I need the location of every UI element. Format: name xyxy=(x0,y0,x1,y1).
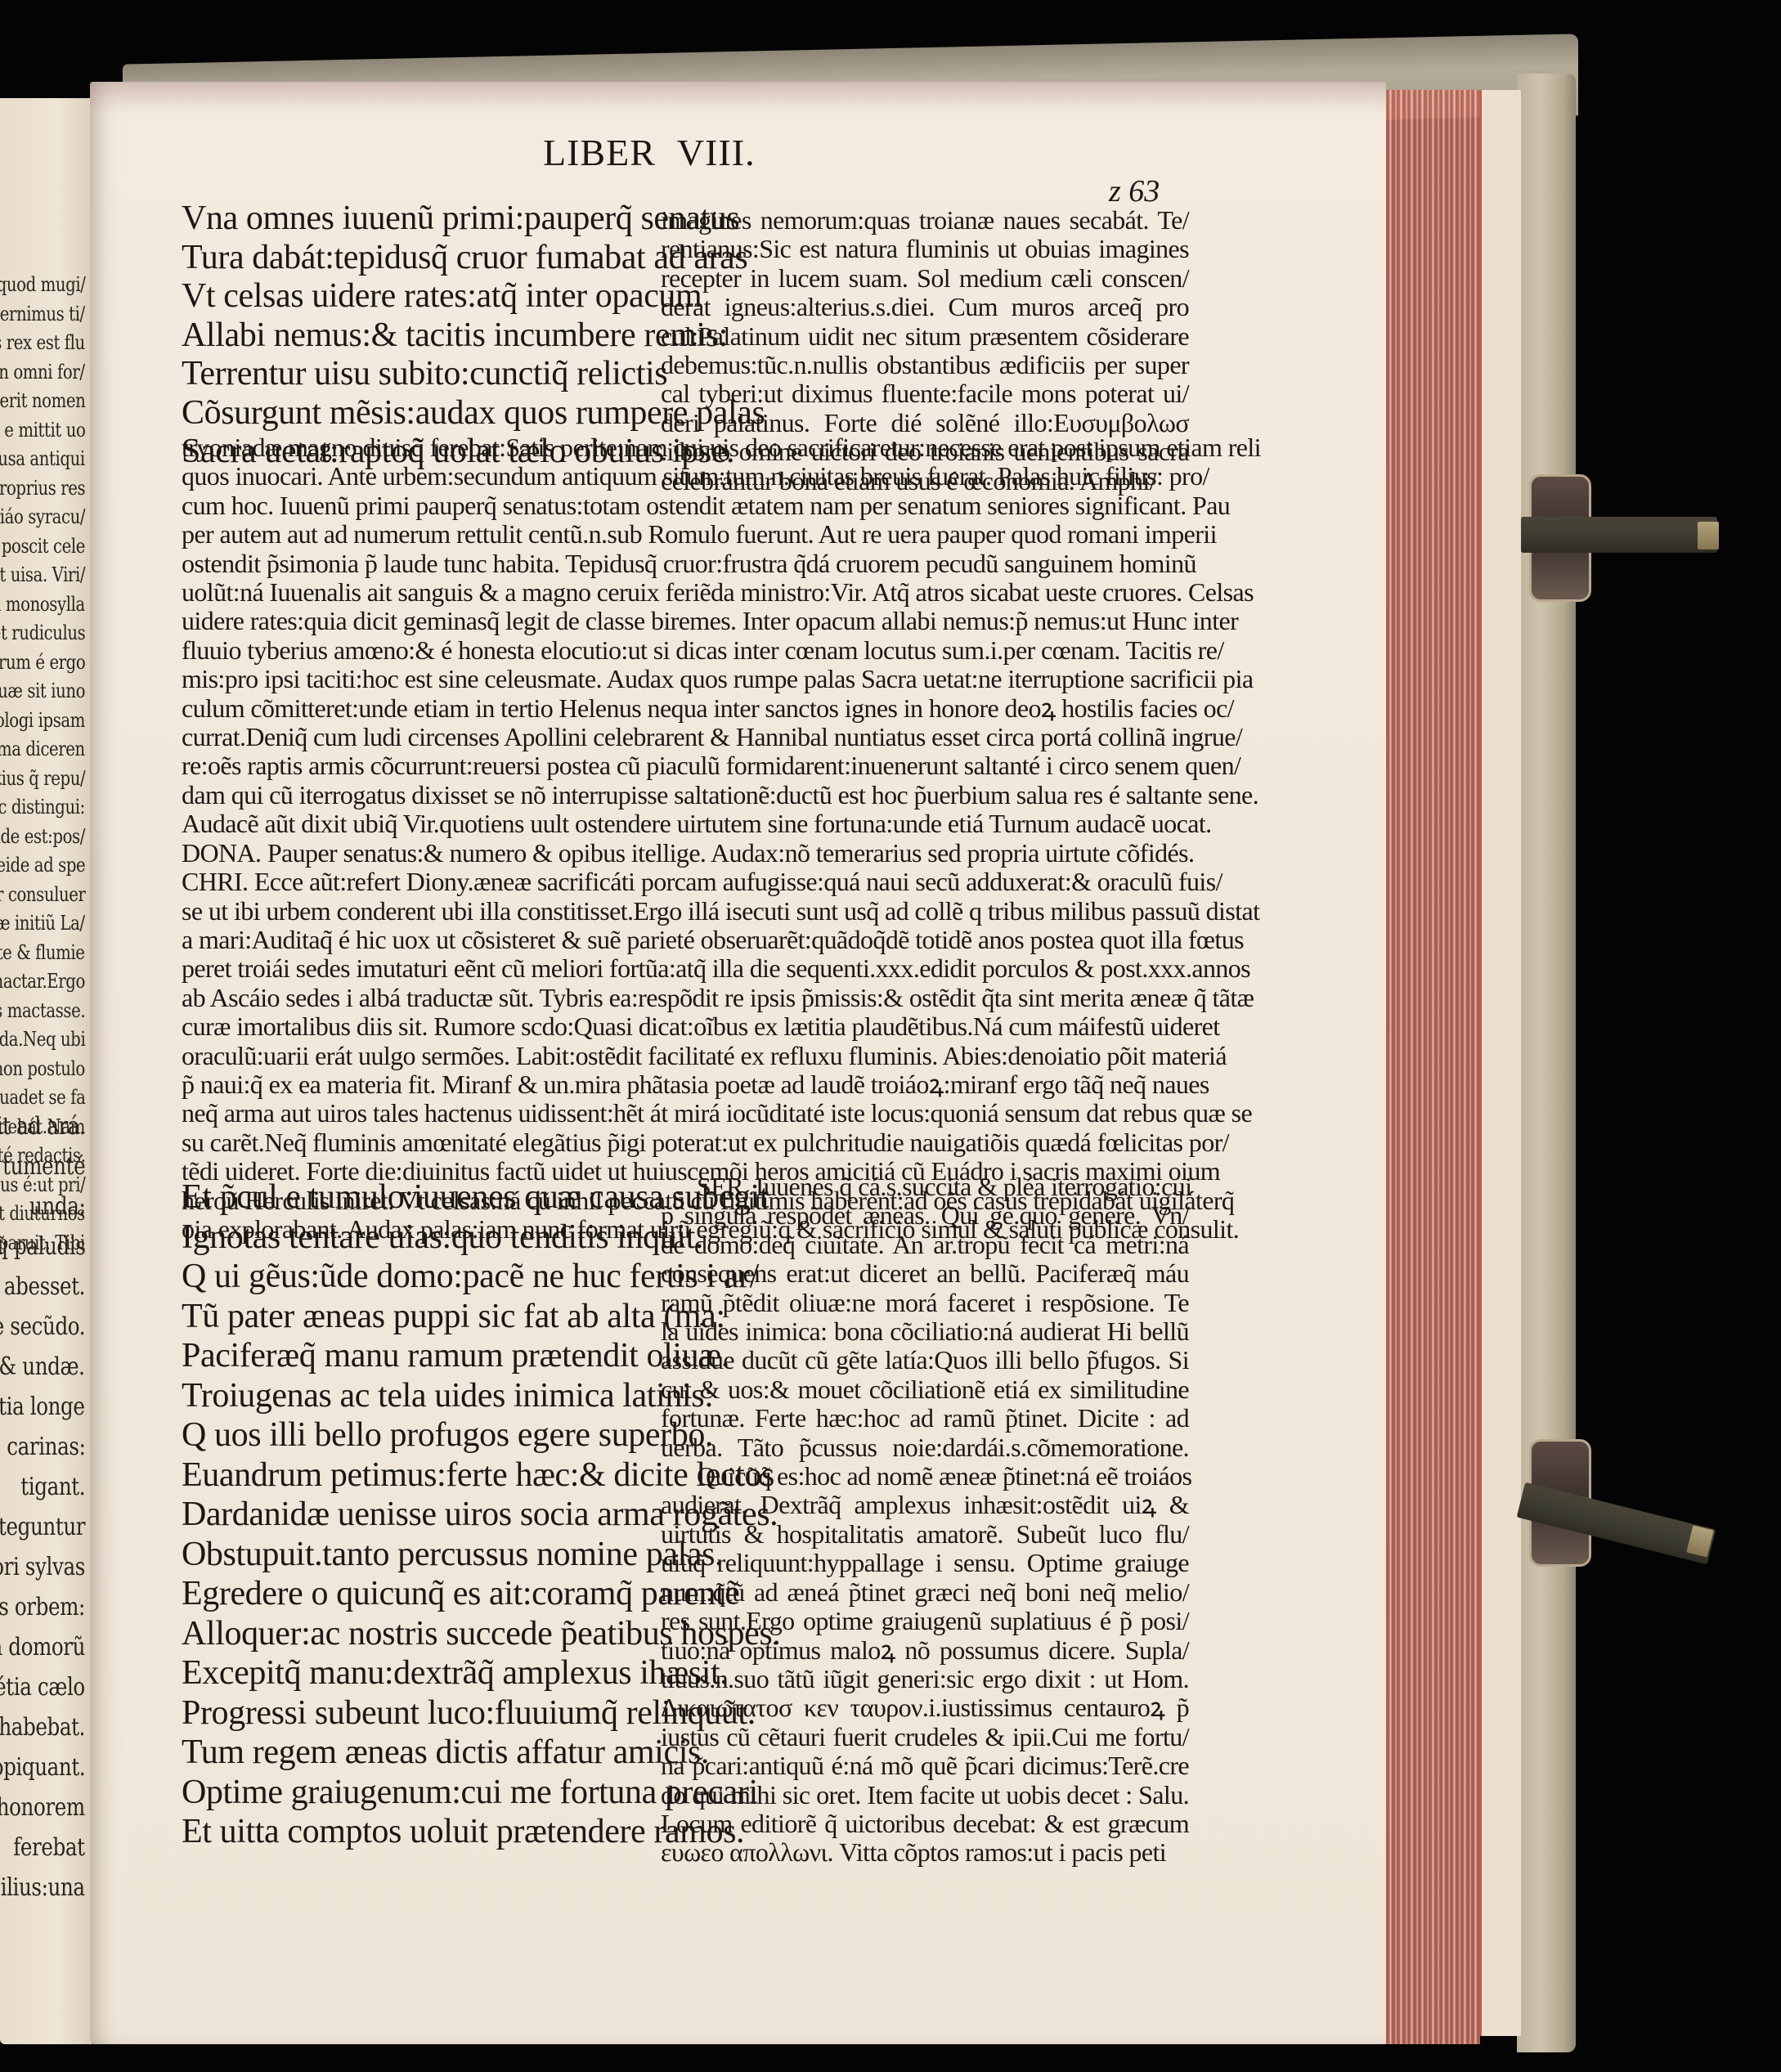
text-line: per autem aut ad numerum rettulit centũ.… xyxy=(182,520,1189,549)
facing-page-fragment: peráda.Neq ubi xyxy=(0,1025,85,1054)
page-block-margin xyxy=(1480,90,1521,2036)
facing-page-fragment: ara domorũ xyxy=(0,1633,85,1662)
facing-page-fragment: honorem xyxy=(0,1793,85,1823)
facing-page-fragment: ferebat xyxy=(14,1833,85,1863)
facing-page-fragment: re secũdo. xyxy=(0,1312,85,1342)
facing-page-fragment: e quod mugi/ xyxy=(0,270,85,299)
facing-page-fragment: ilius:una xyxy=(1,1873,85,1903)
text-line: ramũ p̃tẽdit oliuæ:ne morá faceret i res… xyxy=(661,1289,1189,1317)
facing-page-fragment: ar & undæ. xyxy=(0,1352,85,1382)
facing-page-fragment: nde mactar.Ergo xyxy=(0,966,85,996)
facing-page-fragment: o potius q̃ repu/ xyxy=(0,764,85,793)
facing-page-fragment: s cernimus ti/ xyxy=(0,299,85,329)
facing-page-fragment: am i e mittit uo xyxy=(0,415,85,445)
text-line: ab Ascáio sedes i albá traductæ sũt. Tyb… xyxy=(182,984,1189,1012)
text-line: Locum editiorẽ q̃ uictoribus decebat: & … xyxy=(661,1810,1189,1838)
text-line: culum cõmitteret:unde etiam in tertio He… xyxy=(182,694,1189,723)
text-line: la uides inimica: bona cõciliatio:ná aud… xyxy=(661,1317,1189,1346)
text-line: uirtutis & hospitalitatis amatorẽ. Subeũ… xyxy=(661,1520,1189,1549)
text-line: curæ imortalibus diis sit. Rumore scdo:Q… xyxy=(182,1012,1189,1041)
facing-page-fragment: æ causa antiqui xyxy=(0,444,85,473)
facing-page-fragment: s in omni for/ xyxy=(0,357,85,387)
text-line: uolũt:ná Iuuenalis ait sanguis & a magno… xyxy=(182,578,1189,607)
text-line: Audacẽ aũt dixit ubiq̃ Vir.quotiens uult… xyxy=(182,810,1189,838)
text-line: recepter in lucem suam. Sol medium cæli … xyxy=(661,264,1189,293)
text-line: uerba. Tãto p̃cussus noie:dardái.s.cõmem… xyxy=(661,1433,1189,1462)
text-line: ευωεο απολλωνι. Vitta cõptos ramos:ut i … xyxy=(661,1838,1189,1867)
text-line: num:q̃tũ ad æneá p̃tinet græci neq̃ boni… xyxy=(661,1578,1189,1607)
commentary-full-width: tryoniadæ magno diuisq̃ ferebat:Satis pe… xyxy=(182,433,1189,1244)
text-line: de domo:deq̃ ciuitate. An ar.tropũ fecit… xyxy=(661,1231,1189,1259)
page-top-shadow xyxy=(90,82,1386,114)
facing-page-fragment: & proprius res xyxy=(0,473,85,503)
commentary-right-bottom: SER. Iuuenes q̃ cá.s.succita & pléa iter… xyxy=(661,1173,1189,1868)
facing-page-fragment: ntegrum é ergo xyxy=(0,648,85,677)
text-line: tryoniadæ magno diuisq̃ ferebat:Satis pe… xyxy=(182,433,1189,462)
facing-page-fragment: hydriáo syracu/ xyxy=(0,502,85,531)
facing-page-fragment: eus orbem: xyxy=(0,1593,85,1622)
facing-page-fragment: unda: xyxy=(29,1192,85,1222)
text-line: rentianus:Sic est natura fluminis ut obu… xyxy=(661,235,1189,263)
text-line: quos inuocari. Ante urbem:secundum antiq… xyxy=(182,462,1189,491)
text-line: p̃ naui:q̃ ex ea materia fit. Miranf & u… xyxy=(182,1070,1189,1099)
facing-page: e quod mugi/s cernimus ti/anus rex est f… xyxy=(0,98,96,2044)
facing-page-fragment: er habebat. xyxy=(0,1713,85,1742)
text-line: consequens erat:ut diceret an bellũ. Pac… xyxy=(661,1259,1189,1288)
facing-page-fragment: t aquæ initiũ La/ xyxy=(0,908,85,938)
facing-page-fragment: q.d.non postulo xyxy=(0,1054,85,1083)
text-line: assidue ducũt cũ gẽte latía:Quos illi be… xyxy=(661,1346,1189,1375)
facing-page-fragment: tumenté xyxy=(2,1152,85,1182)
facing-page-fragment: li:sed poscit cele xyxy=(0,531,85,561)
text-line: peret troiái sedes imutaturi eẽnt cũ mel… xyxy=(182,954,1189,983)
facing-page-fragment: it pater consuluer xyxy=(0,880,85,909)
book-scan: e quod mugi/s cernimus ti/anus rex est f… xyxy=(0,0,1781,2072)
facing-page-fragment: propiquant. xyxy=(0,1753,85,1783)
text-line: cum hoc. Iuuenũ primi pauperq̃ senatus:t… xyxy=(182,491,1189,520)
clasp-tip-icon xyxy=(1698,522,1719,549)
facing-page-fragment: n fuerit nomen xyxy=(0,386,85,415)
text-line: audierat. Dextrãq̃ amplexus inhæsit:ostẽ… xyxy=(661,1491,1189,1519)
text-line: fortunæ. Ferte hæc:hoc ad ramũ p̃tinet. … xyxy=(661,1404,1189,1433)
facing-page-fragment: põt sic distingui: xyxy=(0,792,85,822)
running-head-book-number: VIII. xyxy=(677,132,756,173)
text-line: ostendit p̃simonia p̃ laude tunc habita.… xyxy=(182,549,1189,578)
facing-page-fragment: s est uisa. Viri/ xyxy=(0,560,85,590)
facing-page-fragment: maxima diceren xyxy=(0,734,85,764)
text-line: currat.Deniq̃ cum ludi circenses Apollin… xyxy=(182,723,1189,751)
facing-page-fragment: né abesset. xyxy=(0,1272,85,1302)
facing-page-fragment: mente & flumie xyxy=(0,938,85,967)
facing-page-fragment: potétia cælo xyxy=(0,1673,85,1702)
text-line: se ut ibi urbem conderent ubi illa const… xyxy=(182,897,1189,926)
text-line: imagines nemorum:quas troianæ naues seca… xyxy=(661,206,1189,235)
facing-page-fragment: n fœtus mactasse. xyxy=(0,996,85,1025)
facing-page-fragment: q̃ paludis xyxy=(0,1232,85,1262)
text-line: DONA. Pauper senatus:& numero & opibus i… xyxy=(182,839,1189,868)
text-line: cal tyberi:ut diximus fluente:facile mon… xyxy=(661,379,1189,408)
text-line: dam qui cũ iterrogatus dixisset se nõ in… xyxy=(182,781,1189,810)
text-line: do qui mihi sic oret. Item facite ut uob… xyxy=(661,1781,1189,1810)
facing-page-fragment: theologi ipsam xyxy=(0,706,85,735)
clasp-strap xyxy=(1521,517,1717,553)
text-line: na p̃cari:antiquũ é:ná mõ quẽ p̃cari dic… xyxy=(661,1751,1189,1780)
text-line: derat igneus:alterius.s.diei. Cum muros … xyxy=(661,293,1189,321)
running-head: LIBERVIII. xyxy=(543,131,756,174)
folio-signature: z 63 xyxy=(1109,173,1160,209)
text-line: uidere rates:quia dicit geminasq̃ legit … xyxy=(182,607,1189,635)
facing-page-fragment: est quæ sit iuno xyxy=(0,676,85,706)
text-line: debemus:tũc.n.nullis obstantibus ædifici… xyxy=(661,351,1189,379)
facing-page-fragment: ælo p̃suadet se fa xyxy=(0,1083,85,1112)
red-fore-edge xyxy=(1382,90,1480,2044)
text-line: cut & uos:& mouet cõciliationẽ etiá ex s… xyxy=(661,1375,1189,1404)
facing-page-fragment: um i monosylla xyxy=(0,590,85,619)
text-line: re:oẽs raptis armis cõcurrunt:reuersi po… xyxy=(182,751,1189,780)
text-line: tiuus.n.suo tãtũ iũgit generi:sic ergo d… xyxy=(661,1665,1189,1693)
facing-page-fragment: anus rex est flu xyxy=(0,328,85,357)
binding-spine-edge xyxy=(1517,74,1576,2052)
text-line: res sunt.Ergo optime graiugenũ suplatiuu… xyxy=(661,1607,1189,1635)
text-line: CHRI. Ecce aũt:refert Diony.æneæ sacrifi… xyxy=(182,868,1189,896)
text-line: su carẽt.Neq̃ fluminis amœnitaté elegãti… xyxy=(182,1128,1189,1157)
text-line: Δικαιωτατοσ κεν ταυρον.i.iustissimus cen… xyxy=(661,1693,1189,1722)
text-line: mis:pro ipsi taciti:hoc est sine celeusm… xyxy=(182,665,1189,693)
text-line: SER. Iuuenes q̃ cá.s.succita & pléa iter… xyxy=(661,1173,1189,1201)
facing-page-fragment: æquori sylvas xyxy=(0,1553,85,1582)
facing-page-fragment: re carinas: xyxy=(0,1433,85,1462)
facing-page-fragment: it ad ará. xyxy=(0,1112,85,1141)
facing-page-fragment: erat.Deide ad spe xyxy=(0,850,85,880)
facing-page-fragment: ascet rudiculus xyxy=(0,618,85,648)
text-line: p̃ singula respõdet æneas. Qui ge.quo ge… xyxy=(661,1201,1189,1230)
text-line: neq̃ arma aut uiros tales hactenus uidis… xyxy=(182,1099,1189,1128)
facing-page-fragment: tigant. xyxy=(20,1473,85,1502)
facing-page-fragment: ous unde est:pos/ xyxy=(0,822,85,851)
text-line: iustus cũ cẽtauri fuerit crudeles & ipii… xyxy=(661,1723,1189,1751)
text-line: fluuio tyberius amœno:& é honesta elocut… xyxy=(182,636,1189,665)
text-line: tiuo:ná optimus maloꝝ nõ possumus dicere… xyxy=(661,1636,1189,1665)
facing-page-fragment: q̃ teguntur xyxy=(0,1513,85,1542)
facing-page-fragment: tia longe xyxy=(0,1393,85,1422)
text-line: uiũq̃ reliquunt:hyppallage i sensu. Opti… xyxy=(661,1549,1189,1577)
text-line: cul:Palatinum uidit nec situm præsentem … xyxy=(661,322,1189,351)
text-line: a mari:Auditaq̃ é hic uox ut cõsisteret … xyxy=(182,926,1189,954)
text-line: Quicũq̃ es:hoc ad nomẽ æneæ p̃tinet:ná e… xyxy=(661,1462,1189,1491)
running-head-liber: LIBER xyxy=(543,132,656,173)
text-line: oraculũ:uarii erát uulgo sermões. Labit:… xyxy=(182,1042,1189,1070)
